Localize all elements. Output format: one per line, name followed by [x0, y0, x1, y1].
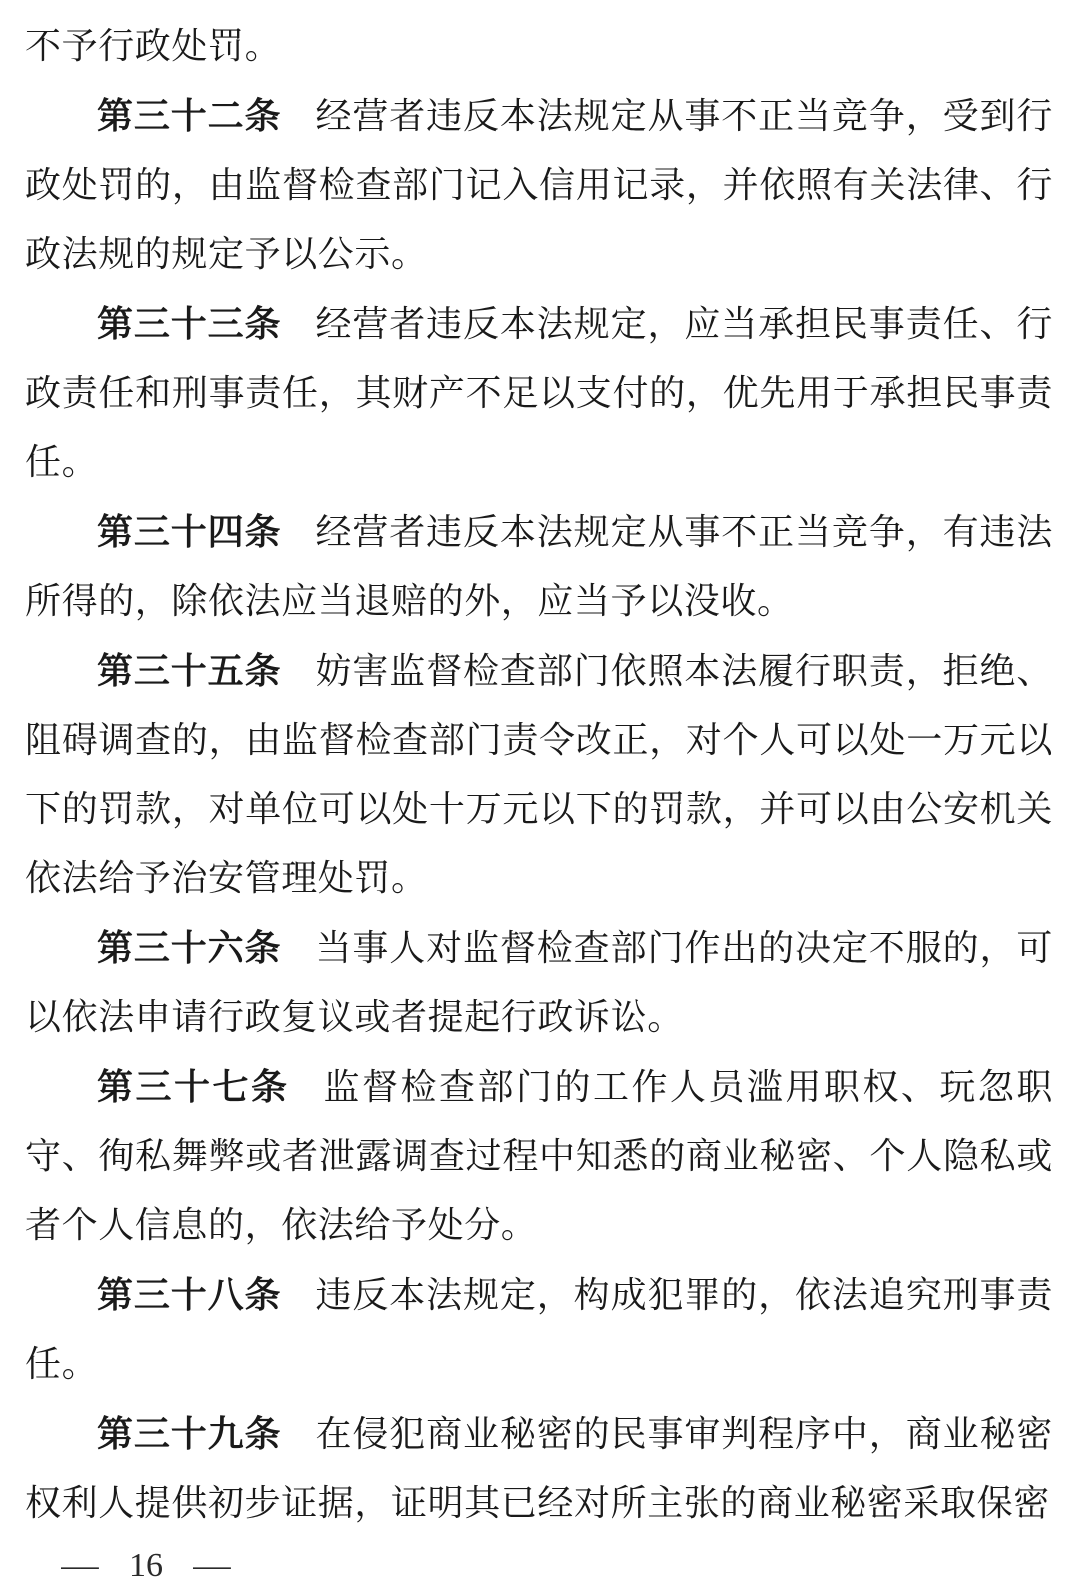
paragraph-text: 不予行政处罚。 [25, 26, 281, 66]
article-number: 第三十八条 [97, 1274, 281, 1315]
document-page: 不予行政处罚。 第三十二条经营者违反本法规定从事不正当竞争，受到行政处罚的，由监… [0, 0, 1080, 1586]
paragraph-article-32: 第三十二条经营者违反本法规定从事不正当竞争，受到行政处罚的，由监督检查部门记入信… [25, 81, 1053, 289]
page-footer: — 16 — [25, 1546, 1053, 1586]
paragraph-article-35: 第三十五条妨害监督检查部门依照本法履行职责，拒绝、阻碍调查的，由监督检查部门责令… [25, 636, 1053, 913]
article-number: 第三十七条 [97, 1066, 289, 1107]
page-number: 16 [129, 1546, 163, 1586]
paragraph-article-33: 第三十三条经营者违反本法规定，应当承担民事责任、行政责任和刑事责任，其财产不足以… [25, 289, 1053, 497]
paragraph-article-38: 第三十八条违反本法规定，构成犯罪的，依法追究刑事责任。 [25, 1260, 1053, 1399]
footer-dash-left: — [61, 1546, 98, 1586]
paragraph-article-36: 第三十六条当事人对监督检查部门作出的决定不服的，可以依法申请行政复议或者提起行政… [25, 913, 1053, 1052]
article-number: 第三十四条 [97, 511, 281, 552]
paragraph-article-39: 第三十九条在侵犯商业秘密的民事审判程序中，商业秘密权利人提供初步证据，证明其已经… [25, 1399, 1053, 1538]
article-number: 第三十六条 [97, 927, 281, 968]
article-number: 第三十二条 [97, 95, 281, 136]
footer-dash-right: — [193, 1546, 230, 1586]
paragraph-article-34: 第三十四条经营者违反本法规定从事不正当竞争，有违法所得的，除依法应当退赔的外，应… [25, 497, 1053, 636]
article-number: 第三十九条 [97, 1413, 281, 1454]
paragraph-article-37: 第三十七条监督检查部门的工作人员滥用职权、玩忽职守、徇私舞弊或者泄露调查过程中知… [25, 1052, 1053, 1260]
paragraph: 不予行政处罚。 [25, 12, 1053, 81]
article-number: 第三十五条 [97, 650, 281, 691]
article-number: 第三十三条 [97, 303, 281, 344]
